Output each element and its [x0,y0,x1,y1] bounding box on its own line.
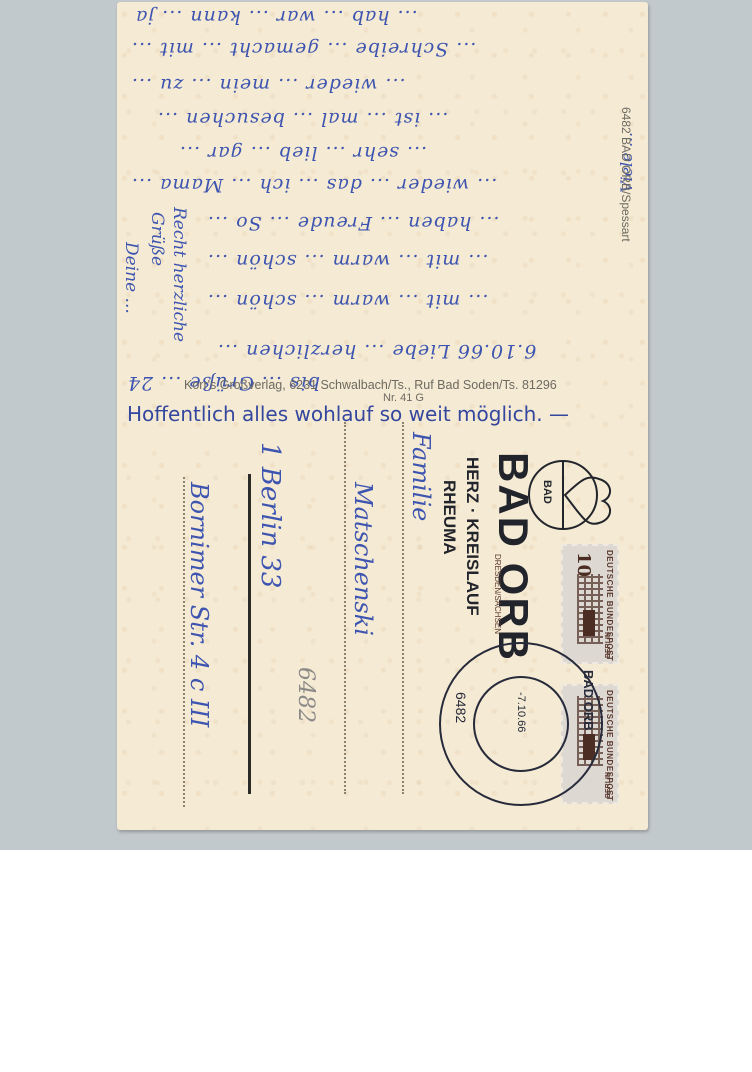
address-line-2: Matschenski [349,482,377,636]
building-door [583,610,595,636]
postmark-cancel-date: -7.10.66 [515,692,527,732]
postmark-cancel-town: BAD ORB [581,670,596,731]
message-line: ... wieder ... mein ... zu ... [131,74,406,96]
publisher-line: Korr's Großverlag, 6231 Schwalbach/Ts., … [184,378,557,392]
message-line-date: 6.10.66 Liebe ... herzlichen ... [217,340,536,362]
stamp-overprint: BERLIN [605,772,612,798]
postmark-slogan-line: HERZ · KREISLAUF [462,457,482,616]
address-rule [344,422,346,794]
address-line-1: Familie [407,432,435,521]
signature-line: Deine ... [121,242,141,314]
postcard-back: ... hab ... war ... kann ... ja ... Schr… [117,2,648,830]
message-line: ... ist ... mal ... besuchen ... [157,108,448,130]
postmark-cancel-code: 6482 [453,692,469,723]
stamp-subject: DRESDEN/SACHSEN [493,554,502,634]
signature-line: Recht herzliche [169,207,189,342]
message-line: ... mit ... warm ... schön ... [207,250,488,272]
closing-line: Hoffentlich alles wohlauf so weit möglic… [127,402,569,426]
message-line: ... sehr ... lieb ... gar ... [179,142,427,164]
postmark-slogan-line: RHEUMA [439,480,459,555]
location-caption: 6482 BAD ORB/Spessart [619,107,633,242]
signature-line: Grüße [147,212,167,266]
message-line: ... wieder ... das ... ich ... Mama ... [131,174,497,196]
message-line: ... mit ... warm ... schön ... [207,290,488,312]
message-line: ... Schreibe ... gemacht ... mit ... [131,38,476,60]
address-rule [402,422,404,794]
stamp-overprint: BERLIN [605,632,612,658]
emblem-label: BAD [541,480,553,504]
message-line: ... haben ... Freude ... So ... [207,212,500,234]
address-line-3: 1 Berlin 33 [255,442,285,588]
message-line: ... hab ... war ... kann ... ja [135,6,418,28]
pencil-note: 6482 [293,667,318,723]
postage-stamp: 10 DEUTSCHE BUNDESPOST BERLIN [561,544,619,664]
address-line-4: Bornimer Str. 4 c III [185,482,213,727]
address-rule-solid [248,474,251,794]
